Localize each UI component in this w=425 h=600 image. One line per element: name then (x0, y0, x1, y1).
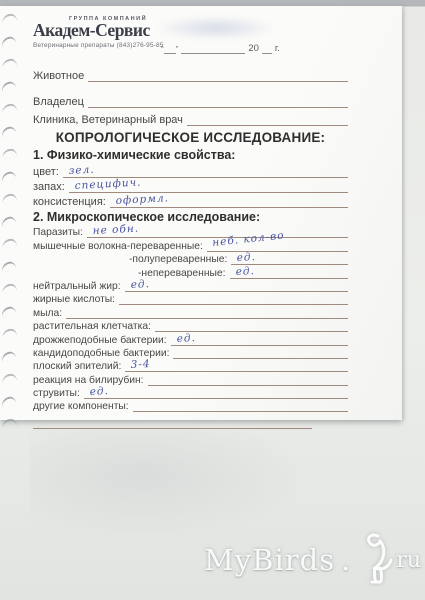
tear-mark (0, 305, 17, 317)
tear-mark (2, 193, 18, 204)
ink-bleed-ghost (158, 16, 273, 40)
tear-mark (0, 350, 17, 362)
handwritten-value: ед. (235, 265, 255, 278)
blank-rule-line (133, 398, 348, 412)
field-row-clinic-vet: Клиника, Ветеринарный врач (33, 110, 348, 126)
blank-rule-line (88, 91, 348, 108)
field-label: Паразиты: (33, 227, 83, 238)
form-header: ГРУППА КОМПАНИЙ Академ-Сервис Ветеринарн… (33, 12, 348, 60)
field-row-continuation-line (33, 415, 348, 428)
tear-mark (2, 283, 18, 294)
tear-mark (0, 125, 17, 137)
field-row-animal: Животное (33, 66, 348, 82)
tear-mark (0, 260, 17, 272)
handwritten-value: специфич. (74, 177, 141, 192)
watermark-separator: . (341, 543, 350, 577)
field-label: Владелец (33, 96, 84, 108)
site-watermark: MyBirds . ru (204, 532, 421, 588)
field-row-muscle-fibers-undigested: -непереваренные: ед. (33, 265, 348, 278)
blank-rule-line (88, 65, 348, 82)
field-row-bilirubin-reaction: реакция на билирубин: (33, 372, 348, 385)
blank-rule-line (173, 345, 348, 359)
field-label: другие компоненты: (33, 401, 129, 412)
handwritten-value: зел. (68, 164, 95, 177)
tear-mark (0, 215, 17, 227)
field-row-struvites: струвиты: ед. (33, 386, 348, 399)
field-label: нейтральный жир: (33, 281, 121, 292)
field-row-soaps: мыла: (33, 305, 348, 318)
date-year-prefix: 20 (248, 43, 259, 54)
field-row-muscle-fibers-semidigested: -полупереваренные: ед. (33, 252, 348, 265)
field-label: дрожжеподобные бактерии: (33, 335, 167, 346)
field-row-owner: Владелец (33, 92, 348, 108)
handwritten-value: не обн. (92, 223, 139, 237)
handwritten-value: ед. (89, 385, 109, 398)
tear-mark (2, 328, 18, 339)
date-month-blank (181, 53, 245, 54)
field-row-muscle-fibers-digested: мышечные волокна-переваренные: неб. кол-… (33, 238, 348, 251)
tear-mark (0, 35, 17, 47)
blank-rule-line: ед. (171, 331, 348, 345)
spiral-tear-marks (1, 14, 16, 428)
blank-rule-line (119, 291, 348, 305)
form-sheet: ГРУППА КОМПАНИЙ Академ-Сервис Ветеринарн… (0, 6, 402, 420)
tear-mark (2, 418, 18, 429)
field-label: мыла: (33, 308, 62, 319)
blank-rule-line (155, 318, 348, 332)
blank-rule-line: 3-4 (125, 358, 348, 372)
section1-heading: 1. Физико-химические свойства: (33, 148, 348, 163)
handwritten-value: оформл. (115, 192, 169, 207)
field-row-neutral-fat: нейтральный жир: ед. (33, 279, 348, 292)
field-label: Клиника, Ветеринарный врач (33, 114, 183, 126)
tear-mark (2, 148, 18, 159)
blank-rule-line (148, 371, 348, 385)
field-row-candida-bacteria: кандидоподобные бактерии: (33, 346, 348, 359)
field-row-odor: запах: специфич. (33, 178, 348, 193)
blank-rule-line: неб. кол-во (207, 237, 348, 251)
section2-heading: 2. Микроскопическое исследование: (33, 210, 348, 225)
handwritten-value: 3-4 (131, 358, 152, 371)
field-label: растительная клетчатка: (33, 321, 151, 332)
handwritten-value: ед. (237, 251, 257, 264)
tear-mark (2, 58, 18, 69)
date-day-blank (164, 53, 176, 54)
blank-rule-line: ед. (231, 251, 348, 265)
field-row-plant-fiber: растительная клетчатка: (33, 319, 348, 332)
field-label: Животное (33, 70, 84, 82)
field-row-squamous-epithelium: плоский эпителий: 3-4 (33, 359, 348, 372)
scanned-photo-background: ГРУППА КОМПАНИЙ Академ-Сервис Ветеринарн… (0, 0, 425, 600)
field-label: -полупереваренные: (129, 254, 227, 265)
tear-mark (2, 13, 18, 24)
blank-rule-line: ед. (125, 278, 348, 292)
tear-mark (2, 373, 18, 384)
bird-icon (354, 532, 394, 588)
field-row-color: цвет: зел. (33, 163, 348, 178)
field-label: консистенция: (33, 196, 106, 208)
blank-rule-line (187, 109, 348, 126)
field-label: запах: (33, 181, 65, 193)
form-title: КОПРОЛОГИЧЕСКОЕ ИССЛЕДОВАНИЕ: (33, 130, 348, 146)
form-content: ГРУППА КОМПАНИЙ Академ-Сервис Ветеринарн… (0, 6, 402, 420)
watermark-domain-suffix: ru (396, 548, 421, 573)
field-row-yeast-bacteria: дрожжеподобные бактерии: ед. (33, 332, 348, 345)
tear-mark (0, 395, 17, 407)
tear-mark (2, 103, 18, 114)
blank-rule-line: специфич. (69, 177, 348, 193)
date-year-blank (262, 53, 272, 54)
date-quote-close: ” (176, 45, 179, 54)
blank-rule-line: зел. (63, 162, 348, 178)
blank-rule-line: ед. (84, 385, 348, 399)
handwritten-value: ед. (130, 278, 150, 291)
blank-rule-line: оформл. (110, 192, 348, 208)
blank-rule-line (66, 304, 348, 318)
field-label: цвет: (33, 166, 59, 178)
field-label: струвиты: (33, 388, 80, 399)
field-row-consistency: консистенция: оформл. (33, 193, 348, 208)
handwritten-value: ед. (176, 332, 196, 345)
watermark-site-name: MyBirds (204, 543, 335, 577)
field-row-parasites: Паразиты: не обн. (33, 225, 348, 238)
blank-rule-line: ед. (230, 264, 349, 278)
blank-rule-line (33, 414, 312, 428)
date-year-suffix: г. (275, 43, 280, 54)
field-row-fatty-acids: жирные кислоты: (33, 292, 348, 305)
field-label: плоский эпителий: (33, 361, 121, 372)
tear-mark (2, 238, 18, 249)
field-row-other-components: другие компоненты: (33, 399, 348, 412)
tear-mark (0, 80, 17, 92)
date-blank-line: “ ” 20 г. (161, 43, 280, 54)
tear-mark (0, 170, 17, 182)
field-label: мышечные волокна-переваренные: (33, 241, 203, 252)
